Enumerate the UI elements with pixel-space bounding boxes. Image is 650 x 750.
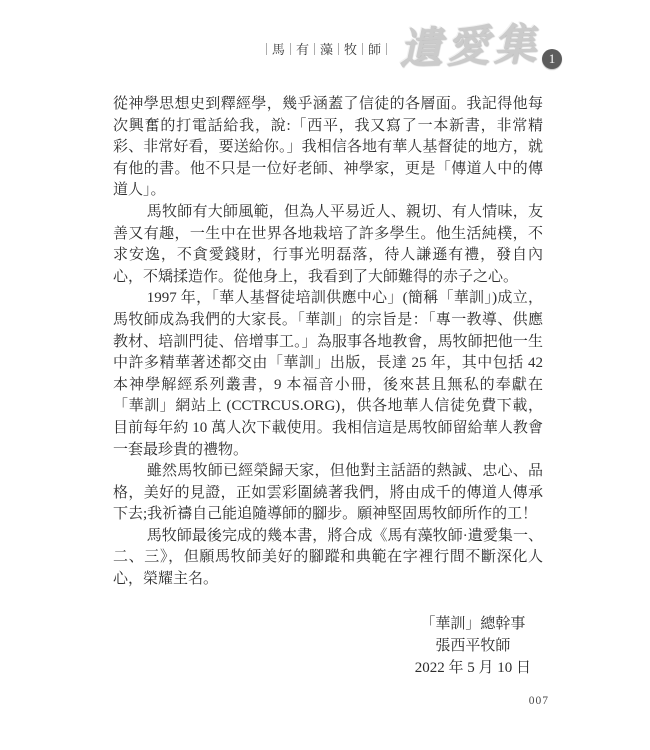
separator-bar <box>386 43 387 55</box>
paragraph: 從神學思想史到釋經學，幾乎涵蓋了信徒的各層面。我記得他每次興奮的打電話給我，說:… <box>113 94 543 202</box>
author-char: 牧 <box>339 39 362 58</box>
page-number: 007 <box>529 695 549 707</box>
author-char: 馬 <box>267 39 290 58</box>
signature-block: 「華訓」總幹事 張西平牧師 2022 年 5 月 10 日 <box>415 613 531 679</box>
paragraph: 馬牧師有大師風範，但為人平易近人、親切、有人情味，友善又有趣，一生中在世界各地栽… <box>113 202 543 288</box>
author-char: 有 <box>291 39 314 58</box>
author-char: 藻 <box>315 39 338 58</box>
page-header: 馬 有 藻 牧 師 遺愛集 1 <box>266 26 562 69</box>
author-char: 師 <box>363 39 386 58</box>
paragraph: 雖然馬牧師已經榮歸天家，但他對主話語的熱誠、忠心、品格，美好的見證，正如雲彩圍繞… <box>113 461 543 526</box>
paragraph: 1997 年，「華人基督徒培訓供應中心」(簡稱「華訓」)成立，馬牧師成為我們的大… <box>113 288 543 461</box>
volume-number-badge: 1 <box>542 49 562 69</box>
signature-role: 「華訓」總幹事 <box>415 613 531 635</box>
author-name-strip: 馬 有 藻 牧 師 <box>266 39 387 58</box>
signature-date: 2022 年 5 月 10 日 <box>415 657 531 679</box>
paragraph: 馬牧師最後完成的幾本書，將合成《馬有藻牧師·遺愛集一、二、三》，但願馬牧師美好的… <box>113 526 543 591</box>
series-title-calligraphy: 遺愛集 <box>398 24 540 72</box>
body-text: 從神學思想史到釋經學，幾乎涵蓋了信徒的各層面。我記得他每次興奮的打電話給我，說:… <box>113 94 543 679</box>
signature-name: 張西平牧師 <box>415 635 531 657</box>
book-page: 馬 有 藻 牧 師 遺愛集 1 從神學思想史到釋經學，幾乎涵蓋了信徒的各層面。我… <box>0 0 650 750</box>
